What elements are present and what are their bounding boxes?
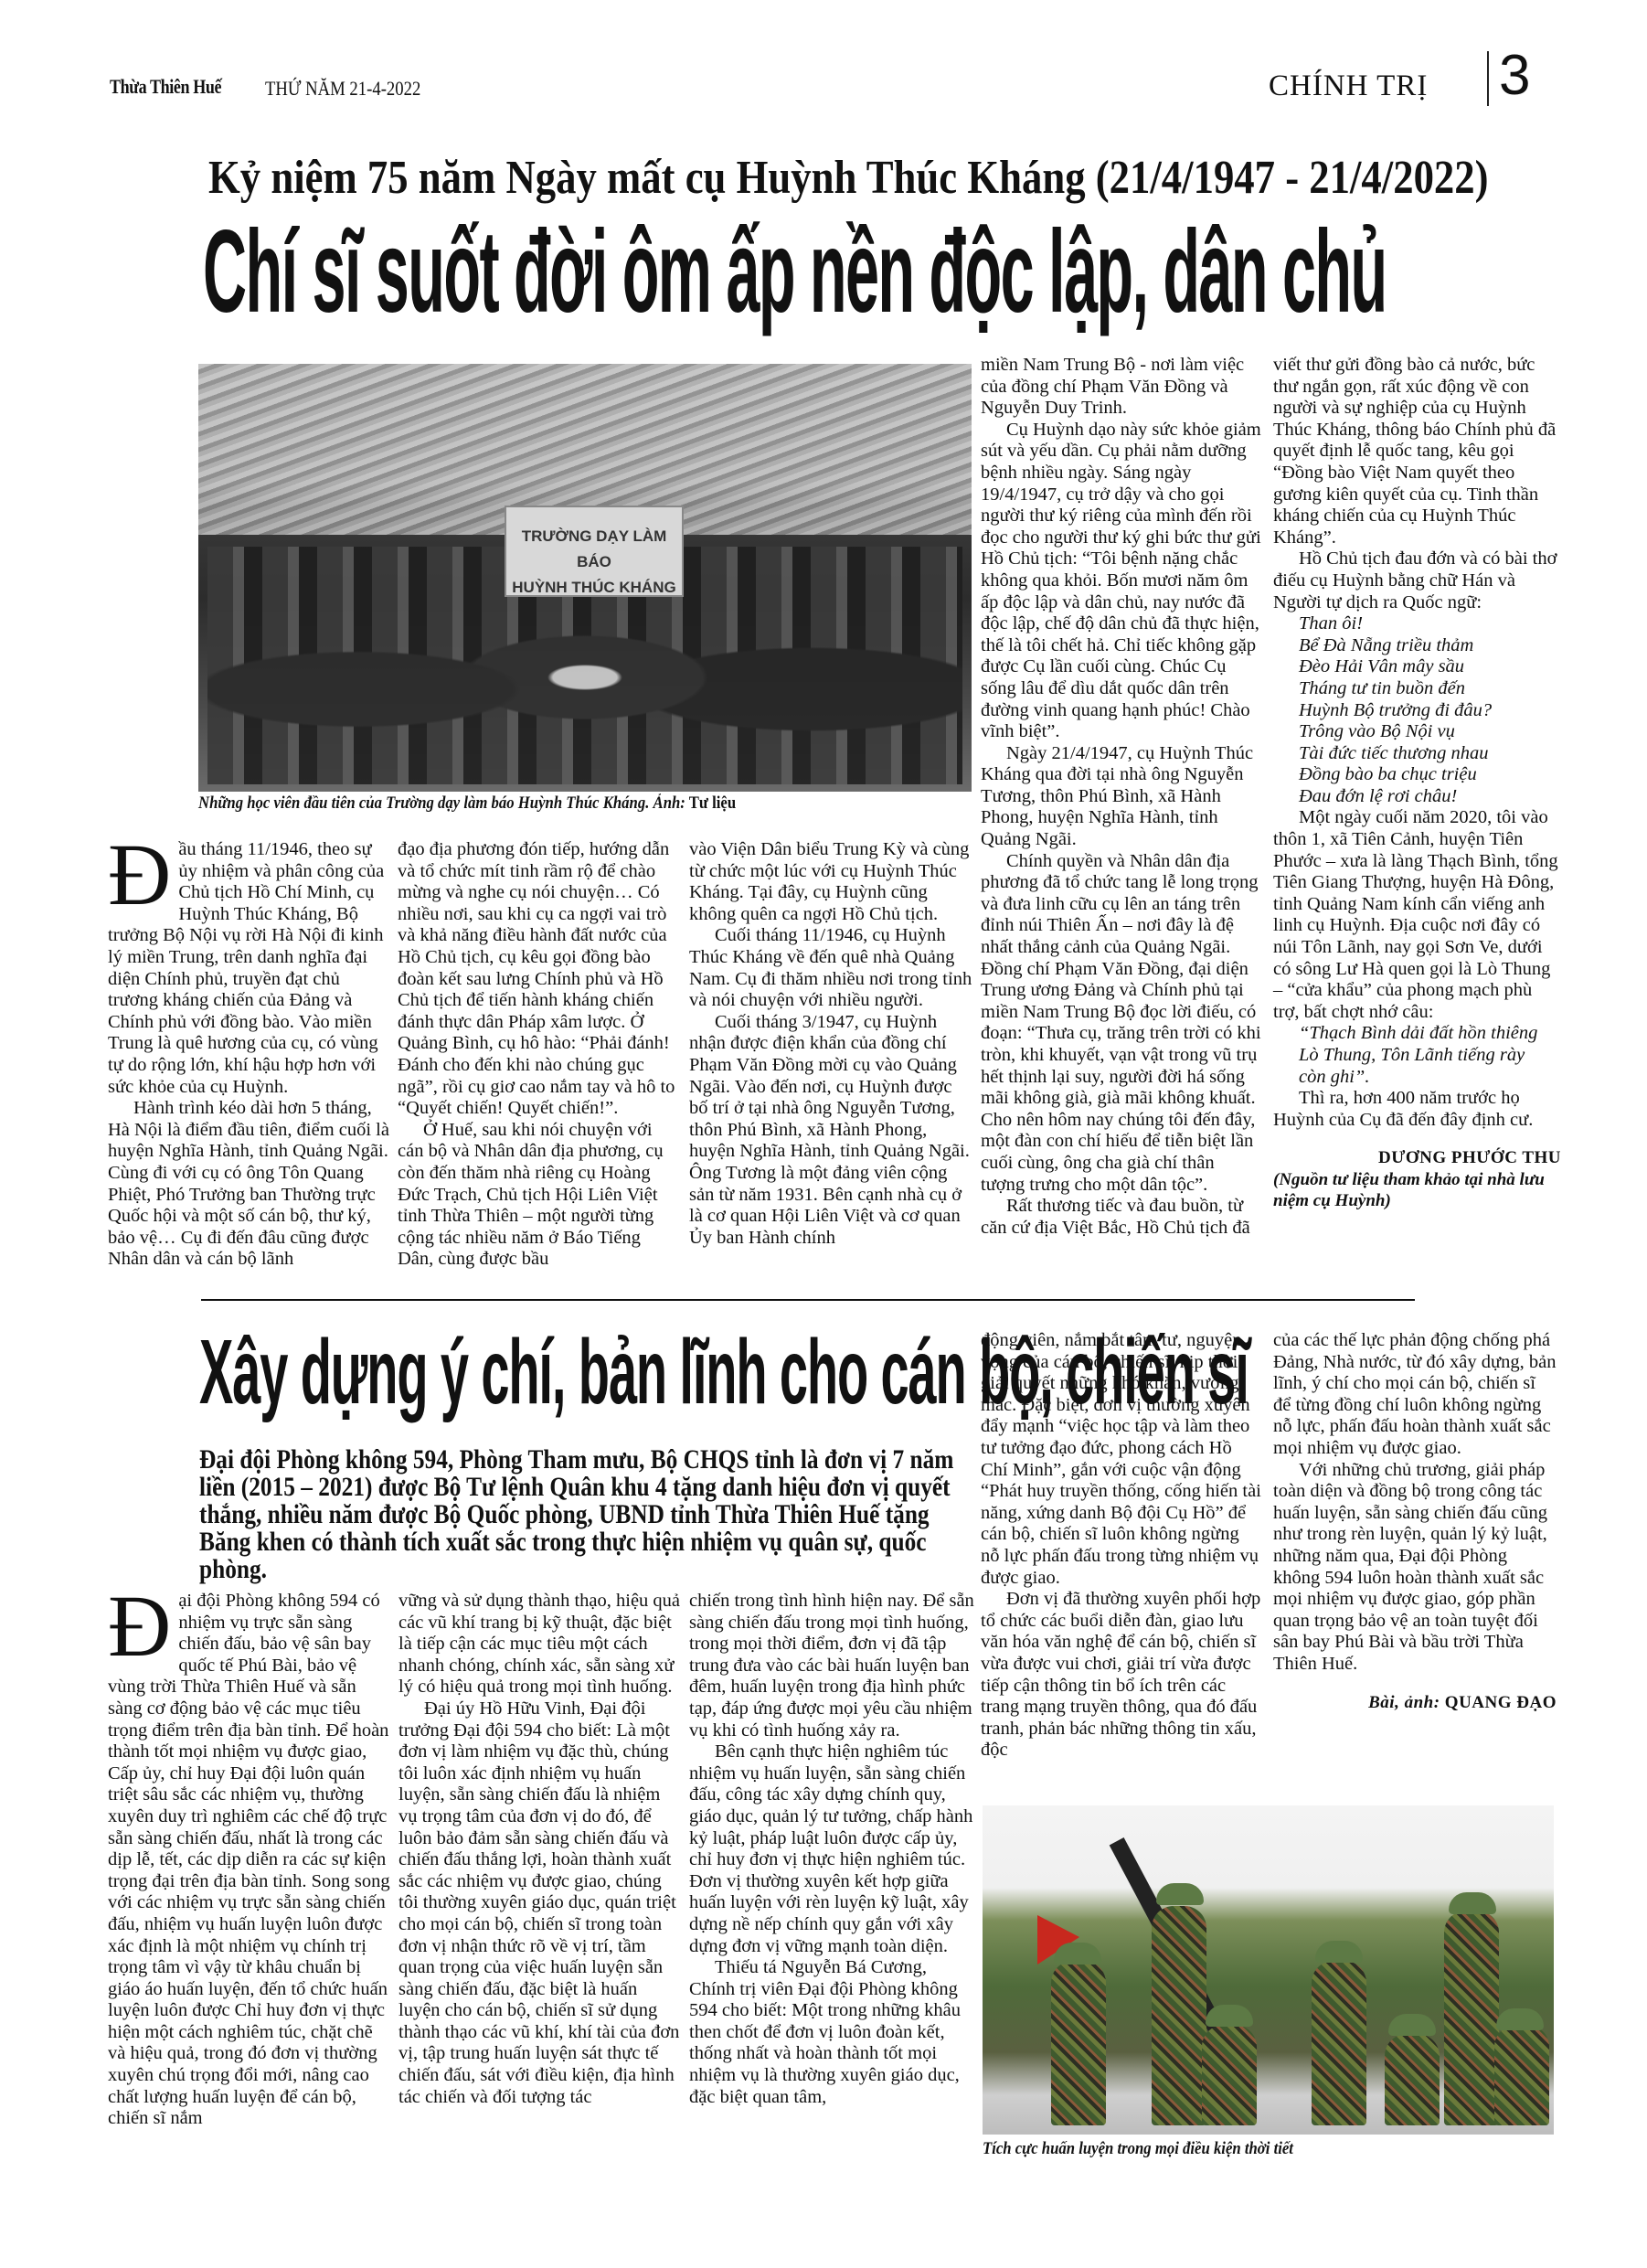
paragraph: Đơn vị đã thường xuyên phối hợp tổ chức … <box>981 1589 1262 1762</box>
article1-column-4: miền Nam Trung Bộ - nơi làm việc của đồn… <box>981 355 1262 1239</box>
article2-column-5: của các thế lực phản động chống phá Đảng… <box>1273 1330 1557 1713</box>
poem-line: Huỳnh Bộ trưởng đi đâu? <box>1273 700 1561 722</box>
article1-photo: TRƯỜNG DẠY LÀM BÁO HUỲNH THÚC KHÁNG <box>198 364 972 792</box>
paragraph: Hành trình kéo dài hơn 5 tháng, Hà Nội l… <box>108 1098 393 1271</box>
article2-photo <box>983 1805 1554 2135</box>
soldier-graphic <box>1444 1911 1499 2125</box>
article-separator <box>201 1299 1415 1301</box>
helmet-graphic <box>1388 2014 1436 2036</box>
caption-text: Những học viên đầu tiên của Trường dạy l… <box>198 793 685 813</box>
paragraph: vững và sử dụng thành thạo, hiệu quả các… <box>398 1591 682 1698</box>
caption-credit: Tư liệu <box>685 793 736 813</box>
article1-column-3: vào Viện Dân biểu Trung Kỳ và cùng từ ch… <box>689 839 972 1249</box>
poem-line: Than ôi! <box>1273 613 1561 635</box>
sign-line-1: TRƯỜNG DẠY LÀM BÁO <box>506 524 682 575</box>
soldier-graphic <box>1202 2025 1257 2125</box>
page-number-divider <box>1487 51 1489 106</box>
poem-line: Tài đức tiếc thương nhau <box>1273 743 1561 765</box>
paragraph: miền Nam Trung Bộ - nơi làm việc của đồn… <box>981 355 1262 420</box>
byline-prefix: Bài, ảnh: <box>1368 1693 1440 1712</box>
helmet-graphic <box>1315 1941 1363 1963</box>
paragraph: của các thế lực phản động chống phá Đảng… <box>1273 1330 1557 1460</box>
drop-cap: Đ <box>108 1592 171 1660</box>
paragraph: Thiếu tá Nguyễn Bá Cương, Chính trị viên… <box>689 1957 974 2108</box>
article1-source-note: (Nguồn tư liệu tham khảo tại nhà lưu niệ… <box>1273 1169 1561 1211</box>
paragraph: Đại úy Hồ Hữu Vinh, Đại đội trưởng Đại đ… <box>398 1698 682 2108</box>
paragraph: động viên, nắm bắt tâm tư, nguyện vọng c… <box>981 1330 1262 1589</box>
article2-photo-caption: Tích cực huấn luyện trong mọi điều kiện … <box>983 2139 1293 2159</box>
byline-name: QUANG ĐẠO <box>1440 1693 1557 1712</box>
paragraph: Đầu tháng 11/1946, theo sự ủy nhiệm và p… <box>108 839 393 1098</box>
helmet-graphic <box>1496 2008 1544 2030</box>
quote-line: “Thạch Bình dải đất hồn thiêng <box>1273 1023 1561 1045</box>
paragraph: Hồ Chủ tịch đau đớn và có bài thơ điếu c… <box>1273 548 1561 613</box>
article2-column-1: Đại đội Phòng không 594 có nhiệm vụ trực… <box>108 1591 393 2130</box>
helmet-graphic <box>1449 1892 1496 1914</box>
paragraph: Cụ Huỳnh dạo này sức khỏe giảm sút và yế… <box>981 420 1262 743</box>
article1-author: DƯƠNG PHƯỚC THU <box>1273 1147 1561 1169</box>
quote-line: Lò Thung, Tôn Lãnh tiếng rày <box>1273 1045 1561 1067</box>
sign-line-2: HUỲNH THÚC KHÁNG <box>506 575 682 601</box>
issue-date: THỨ NĂM 21-4-2022 <box>265 77 420 101</box>
section-title: CHÍNH TRỊ <box>1269 69 1428 103</box>
paragraph: Rất thương tiếc và đau buồn, từ căn cứ đ… <box>981 1196 1262 1239</box>
helmet-graphic <box>1054 1943 1101 1965</box>
paragraph: Ở Huế, sau khi nói chuyện với cán bộ và … <box>398 1120 681 1271</box>
paragraph: Thì ra, hơn 400 năm trước họ Huỳnh của C… <box>1273 1088 1561 1131</box>
paragraph: Chính quyền và Nhân dân địa phương đã tổ… <box>981 851 1262 1197</box>
school-sign: TRƯỜNG DẠY LÀM BÁO HUỲNH THÚC KHÁNG <box>505 506 684 597</box>
soldier-graphic <box>1494 2025 1549 2125</box>
article1-kicker: Kỷ niệm 75 năm Ngày mất cụ Huỳnh Thúc Kh… <box>208 151 1372 206</box>
article1-photo-caption: Những học viên đầu tiên của Trường dạy l… <box>198 793 736 814</box>
article1-column-1: Đầu tháng 11/1946, theo sự ủy nhiệm và p… <box>108 839 393 1271</box>
poem-line: Đèo Hải Vân mây sầu <box>1273 656 1561 678</box>
article2-author: Bài, ảnh: QUANG ĐẠO <box>1273 1692 1557 1714</box>
soldier-graphic <box>1385 2034 1440 2125</box>
drop-cap: Đ <box>108 841 171 909</box>
paragraph: Với những chủ trương, giải pháp toàn diệ… <box>1273 1460 1557 1676</box>
article1-headline: Chí sĩ suốt đời ôm ấp nền độc lập, dân c… <box>203 208 907 336</box>
poem-line: Tháng tư tin buồn đến <box>1273 678 1561 700</box>
article1-column-5: viết thư gửi đồng bào cả nước, bức thư n… <box>1273 355 1561 1211</box>
poem-line: Bể Đà Nẵng triều thảm <box>1273 635 1561 657</box>
paragraph: Đại đội Phòng không 594 có nhiệm vụ trực… <box>108 1591 393 2130</box>
helmet-graphic <box>1156 1883 1204 1905</box>
poem-line: Đau đớn lệ rơi châu! <box>1273 786 1561 808</box>
paragraph: vào Viện Dân biểu Trung Kỳ và cùng từ ch… <box>689 839 972 925</box>
paragraph: Ngày 21/4/1947, cụ Huỳnh Thúc Kháng qua … <box>981 743 1262 851</box>
article2-column-2: vững và sử dụng thành thạo, hiệu quả các… <box>398 1591 682 2108</box>
paragraph: Cuối tháng 11/1946, cụ Huỳnh Thúc Kháng … <box>689 925 972 1011</box>
paragraph: Cuối tháng 3/1947, cụ Huỳnh nhận được đi… <box>689 1012 972 1250</box>
article2-headline: Xây dựng ý chí, bản lĩnh cho cán bộ, chi… <box>199 1322 865 1422</box>
page-number: 3 <box>1499 48 1530 104</box>
soldier-graphic <box>1051 1961 1106 2125</box>
article1-column-2: đạo địa phương đón tiếp, hướng dẫn và tổ… <box>398 839 681 1271</box>
article2-column-4: động viên, nắm bắt tâm tư, nguyện vọng c… <box>981 1330 1262 1762</box>
soldier-graphic <box>1312 1961 1366 2125</box>
newspaper-name: Thừa Thiên Huế <box>110 75 221 99</box>
soldier-graphic <box>1152 1906 1206 2125</box>
article2-column-3: chiến trong tình hình hiện nay. Để sẵn s… <box>689 1591 974 2108</box>
poem-line: Trông vào Bộ Nội vụ <box>1273 721 1561 743</box>
poem-line: Đồng bào ba chục triệu <box>1273 764 1561 786</box>
helmet-graphic <box>1206 2005 1253 2027</box>
paragraph: chiến trong tình hình hiện nay. Để sẵn s… <box>689 1591 974 1741</box>
quote-line: còn ghi”. <box>1273 1067 1561 1089</box>
paragraph: đạo địa phương đón tiếp, hướng dẫn và tổ… <box>398 839 681 1120</box>
paragraph: Bên cạnh thực hiện nghiêm túc nhiệm vụ h… <box>689 1741 974 1957</box>
paragraph: viết thư gửi đồng bào cả nước, bức thư n… <box>1273 355 1561 548</box>
article2-lead: Đại đội Phòng không 594, Phòng Tham mưu,… <box>199 1446 972 1583</box>
paragraph: Một ngày cuối năm 2020, tôi vào thôn 1, … <box>1273 807 1561 1023</box>
